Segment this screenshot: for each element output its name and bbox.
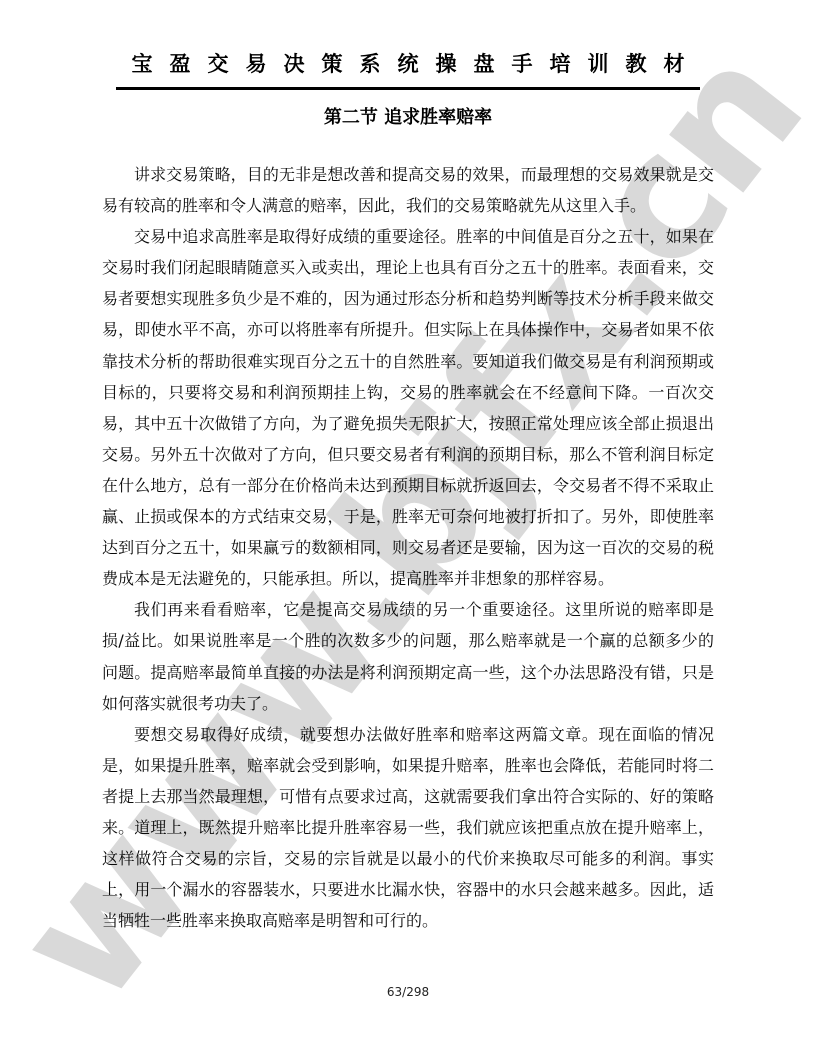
page-number: 63/298: [0, 985, 816, 999]
page-content: 宝盈交易决策系统操盘手培训教材 第二节 追求胜率赔率 讲求交易策略，目的无非是想…: [0, 0, 816, 1056]
paragraph-4: 要想交易取得好成绩，就要想办法做好胜率和赔率这两篇文章。现在面临的情况是，如果提…: [102, 719, 714, 937]
paragraph-1: 讲求交易策略，目的无非是想改善和提高交易的效果，而最理想的交易效果就是交易有较高…: [102, 159, 714, 221]
body-text-block: 讲求交易策略，目的无非是想改善和提高交易的效果，而最理想的交易效果就是交易有较高…: [102, 159, 714, 936]
header-rule-divider: [116, 87, 700, 90]
section-title: 第二节 追求胜率赔率: [0, 103, 816, 129]
paragraph-3: 我们再来看看赔率，它是提高交易成绩的另一个重要途径。这里所说的赔率即是损/益比。…: [102, 594, 714, 718]
document-page: www.bjfx.cn 宝盈交易决策系统操盘手培训教材 第二节 追求胜率赔率 讲…: [0, 0, 816, 1056]
paragraph-2: 交易中追求高胜率是取得好成绩的重要途径。胜率的中间值是百分之五十，如果在交易时我…: [102, 221, 714, 594]
document-header-title: 宝盈交易决策系统操盘手培训教材: [0, 48, 816, 78]
